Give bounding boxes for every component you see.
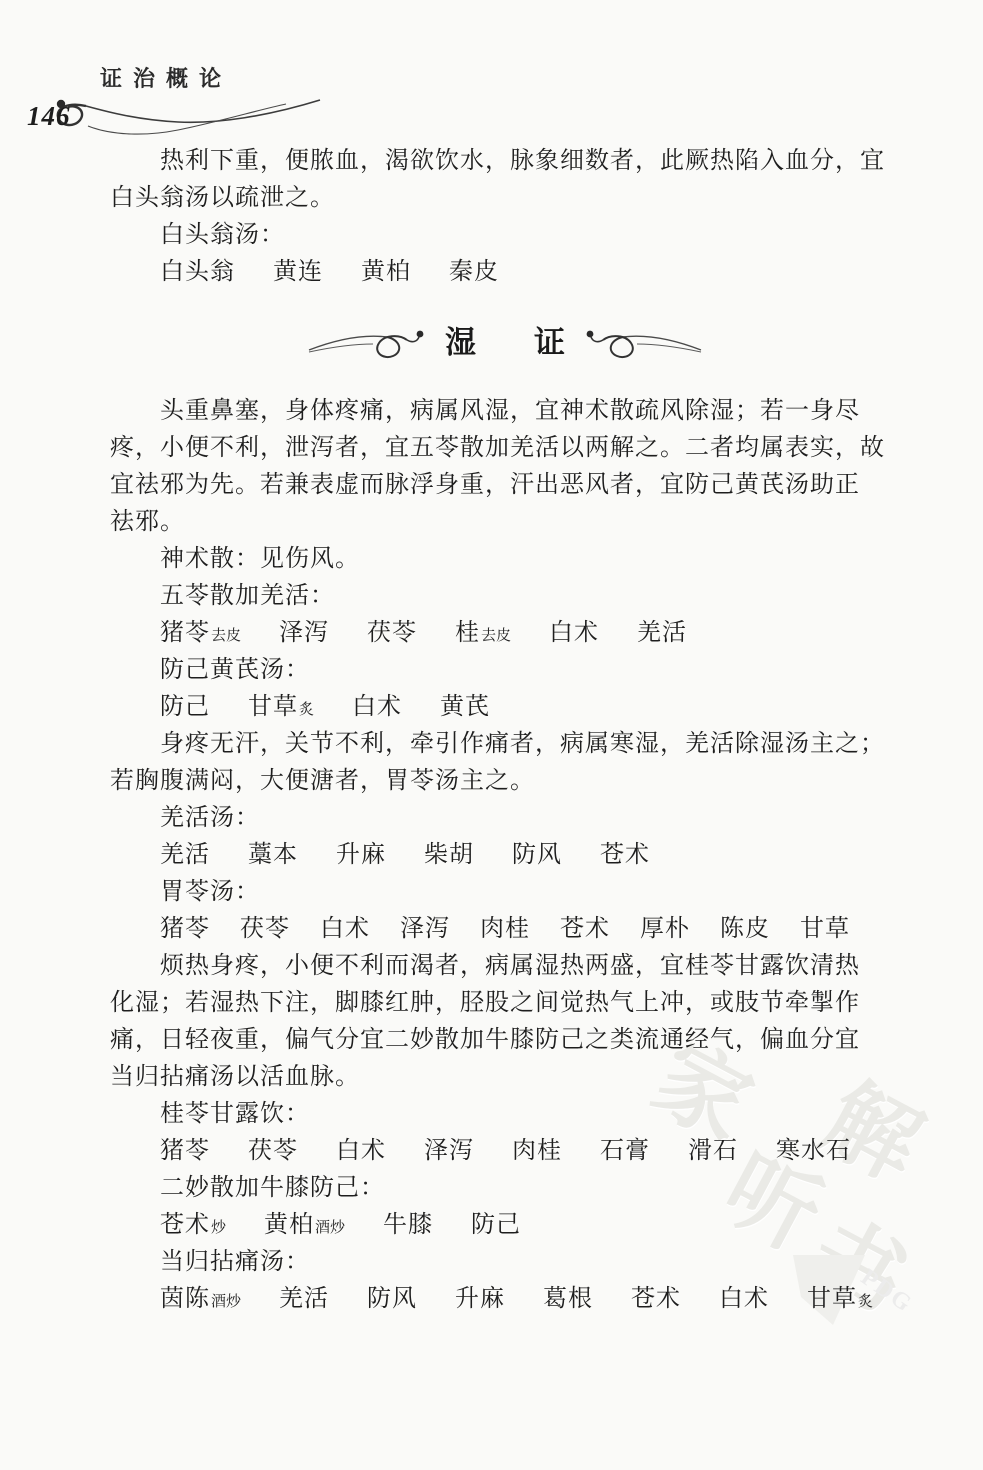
herb-item: 升麻 xyxy=(455,1281,505,1318)
herb-list-guiling-ganlu: 猪苓茯苓白术泽泻肉桂石膏滑石寒水石 xyxy=(110,1133,900,1170)
herb-name: 茯苓 xyxy=(248,1133,298,1170)
herb-name: 防风 xyxy=(512,837,562,874)
herb-name: 白头翁 xyxy=(160,254,235,291)
herb-list-fangji-huangqi: 防己甘草炙白术黄芪 xyxy=(110,689,900,726)
herb-item: 防己 xyxy=(471,1207,521,1244)
herb-item: 防己 xyxy=(160,689,210,726)
herb-name: 黄柏 xyxy=(264,1207,314,1244)
flourish-dot xyxy=(587,331,594,338)
herb-item: 苍术 xyxy=(560,911,610,948)
herb-item: 陈皮 xyxy=(720,911,770,948)
herb-name: 甘草 xyxy=(807,1281,857,1318)
herb-processing-note: 酒炒 xyxy=(314,1210,345,1247)
formula-label: 二妙散加牛膝防己： xyxy=(110,1170,900,1207)
herb-item: 苍术 xyxy=(631,1281,681,1318)
herb-processing-note: 炙 xyxy=(298,692,314,729)
paragraph-line: 身疼无汗，关节不利，牵引作痛者，病属寒湿，羌活除湿汤主之； xyxy=(110,726,900,763)
formula-label: 胃苓汤： xyxy=(110,874,900,911)
section-title-char: 证 xyxy=(534,324,565,361)
paragraph-line: 祛邪。 xyxy=(110,504,900,541)
herb-item: 白头翁 xyxy=(160,254,235,291)
herb-name: 甘草 xyxy=(800,911,850,948)
herb-name: 茯苓 xyxy=(367,615,417,652)
paragraph-line: 热利下重，便脓血，渴欲饮水，脉象细数者，此厥热陷入血分，宜 xyxy=(110,143,900,180)
herb-name: 羌活 xyxy=(637,615,687,652)
paragraph-line: 当归拈痛汤以活血脉。 xyxy=(110,1059,900,1096)
herb-item: 泽泻 xyxy=(400,911,450,948)
herb-name: 甘草 xyxy=(248,689,298,726)
section-title: 湿 证 xyxy=(439,324,571,361)
herb-item: 猪苓去皮 xyxy=(160,615,241,655)
page-number: 146 xyxy=(27,101,71,132)
herb-item: 白术 xyxy=(336,1133,386,1170)
herb-list-qianghuo-tang: 羌活藁本升麻柴胡防风苍术 xyxy=(110,837,900,874)
herb-item: 升麻 xyxy=(336,837,386,874)
herb-name: 苍术 xyxy=(631,1281,681,1318)
herb-name: 黄芪 xyxy=(440,689,490,726)
herb-item: 白术 xyxy=(352,689,402,726)
section-heading-damp-syndrome: 湿 证 xyxy=(110,291,900,393)
herb-name: 泽泻 xyxy=(400,911,450,948)
herb-item: 柴胡 xyxy=(424,837,474,874)
herb-item: 桂去皮 xyxy=(455,615,511,655)
paragraph-line: 烦热身疼，小便不利而渴者，病属湿热两盛，宜桂苓甘露饮清热 xyxy=(110,948,900,985)
herb-list-wuling: 猪苓去皮泽泻茯苓桂去皮白术羌活 xyxy=(110,615,900,652)
herb-name: 猪苓 xyxy=(160,911,210,948)
herb-item: 甘草 xyxy=(800,911,850,948)
herb-processing-note: 炙 xyxy=(857,1284,873,1321)
herb-item: 白术 xyxy=(719,1281,769,1318)
herb-item: 茯苓 xyxy=(240,911,290,948)
herb-name: 白术 xyxy=(352,689,402,726)
herb-name: 葛根 xyxy=(543,1281,593,1318)
herb-item: 羌活 xyxy=(637,615,687,652)
herb-item: 泽泻 xyxy=(279,615,329,652)
herb-processing-note: 去皮 xyxy=(480,618,511,655)
herb-item: 白术 xyxy=(549,615,599,652)
herb-name: 黄柏 xyxy=(361,254,411,291)
formula-label: 当归拈痛汤： xyxy=(110,1244,900,1281)
scanned-book-page: 家 解 听 书 PDG 证治概论 146 热利下重，便脓血，渴欲饮水，脉象细数者… xyxy=(0,0,983,1470)
herb-item: 羌活 xyxy=(160,837,210,874)
header-flourish-icon xyxy=(28,86,328,138)
herb-name: 苍术 xyxy=(600,837,650,874)
paragraph-line: 若胸腹满闷，大便溏者，胃苓汤主之。 xyxy=(110,763,900,800)
herb-name: 防己 xyxy=(471,1207,521,1244)
herb-name: 牛膝 xyxy=(383,1207,433,1244)
herb-name: 泽泻 xyxy=(424,1133,474,1170)
herb-item: 肉桂 xyxy=(480,911,530,948)
page-body: 热利下重，便脓血，渴欲饮水，脉象细数者，此厥热陷入血分，宜 白头翁汤以疏泄之。 … xyxy=(110,143,900,1318)
flourish-dot xyxy=(417,331,424,338)
herb-item: 藁本 xyxy=(248,837,298,874)
paragraph-line: 疼，小便不利，泄泻者，宜五苓散加羌活以两解之。二者均属表实，故 xyxy=(110,430,900,467)
herb-name: 升麻 xyxy=(455,1281,505,1318)
herb-item: 猪苓 xyxy=(160,1133,210,1170)
herb-item: 白术 xyxy=(320,911,370,948)
herb-name: 茵陈 xyxy=(160,1281,210,1318)
herb-name: 石膏 xyxy=(600,1133,650,1170)
formula-label: 羌活汤： xyxy=(110,800,900,837)
herb-processing-note: 炒 xyxy=(210,1210,226,1247)
herb-name: 厚朴 xyxy=(640,911,690,948)
herb-name: 苍术 xyxy=(560,911,610,948)
herb-name: 羌活 xyxy=(279,1281,329,1318)
paragraph-line: 痛，日轻夜重，偏气分宜二妙散加牛膝防己之类流通经气，偏血分宜 xyxy=(110,1022,900,1059)
herb-item: 黄芪 xyxy=(440,689,490,726)
paragraph-line: 宜祛邪为先。若兼表虚而脉浮身重，汗出恶风者，宜防己黄芪汤助正 xyxy=(110,467,900,504)
formula-label: 防己黄芪汤： xyxy=(110,652,900,689)
formula-label: 白头翁汤： xyxy=(110,217,900,254)
herb-list-danggui-niantong: 茵陈酒炒羌活防风升麻葛根苍术白术甘草炙 xyxy=(110,1281,900,1318)
herb-name: 防己 xyxy=(160,689,210,726)
herb-item: 葛根 xyxy=(543,1281,593,1318)
herb-item: 寒水石 xyxy=(776,1133,851,1170)
herb-item: 茯苓 xyxy=(367,615,417,652)
herb-name: 白术 xyxy=(719,1281,769,1318)
herb-item: 秦皮 xyxy=(449,254,499,291)
section-title-char: 湿 xyxy=(445,324,476,361)
herb-name: 升麻 xyxy=(336,837,386,874)
herb-name: 白术 xyxy=(336,1133,386,1170)
herb-item: 防风 xyxy=(367,1281,417,1318)
herb-name: 寒水石 xyxy=(776,1133,851,1170)
herb-item: 茵陈酒炒 xyxy=(160,1281,241,1321)
herb-name: 肉桂 xyxy=(512,1133,562,1170)
herb-item: 黄柏 xyxy=(361,254,411,291)
herb-list-weiling-tang: 猪苓茯苓白术泽泻肉桂苍术厚朴陈皮甘草 xyxy=(110,911,900,948)
herb-name: 茯苓 xyxy=(240,911,290,948)
formula-label: 桂苓甘露饮： xyxy=(110,1096,900,1133)
herb-name: 藁本 xyxy=(248,837,298,874)
herb-item: 苍术 xyxy=(600,837,650,874)
herb-name: 黄连 xyxy=(273,254,323,291)
section-flourish-right-icon xyxy=(585,322,703,362)
formula-label: 五苓散加羌活： xyxy=(110,578,900,615)
herb-processing-note: 酒炒 xyxy=(210,1284,241,1321)
herb-item: 厚朴 xyxy=(640,911,690,948)
herb-item: 甘草炙 xyxy=(807,1281,873,1321)
herb-name: 肉桂 xyxy=(480,911,530,948)
herb-item: 石膏 xyxy=(600,1133,650,1170)
paragraph-line: 白头翁汤以疏泄之。 xyxy=(110,180,900,217)
herb-item: 肉桂 xyxy=(512,1133,562,1170)
herb-item: 黄连 xyxy=(273,254,323,291)
herb-name: 秦皮 xyxy=(449,254,499,291)
herb-name: 泽泻 xyxy=(279,615,329,652)
herb-name: 柴胡 xyxy=(424,837,474,874)
herb-item: 羌活 xyxy=(279,1281,329,1318)
herb-name: 猪苓 xyxy=(160,615,210,652)
formula-label: 神术散：见伤风。 xyxy=(110,541,900,578)
herb-item: 牛膝 xyxy=(383,1207,433,1244)
herb-name: 防风 xyxy=(367,1281,417,1318)
herb-item: 茯苓 xyxy=(248,1133,298,1170)
herb-name: 桂 xyxy=(455,615,480,652)
herb-processing-note: 去皮 xyxy=(210,618,241,655)
herb-item: 黄柏酒炒 xyxy=(264,1207,345,1247)
herb-name: 苍术 xyxy=(160,1207,210,1244)
herb-item: 滑石 xyxy=(688,1133,738,1170)
herb-name: 羌活 xyxy=(160,837,210,874)
herb-item: 苍术炒 xyxy=(160,1207,226,1247)
herb-item: 甘草炙 xyxy=(248,689,314,729)
herb-list-baitouweng: 白头翁黄连黄柏秦皮 xyxy=(110,254,900,291)
herb-item: 泽泻 xyxy=(424,1133,474,1170)
herb-name: 陈皮 xyxy=(720,911,770,948)
herb-name: 猪苓 xyxy=(160,1133,210,1170)
herb-item: 防风 xyxy=(512,837,562,874)
section-flourish-left-icon xyxy=(307,322,425,362)
paragraph-line: 化湿；若湿热下注，脚膝红肿，胫股之间觉热气上冲，或肢节牵掣作 xyxy=(110,985,900,1022)
herb-item: 猪苓 xyxy=(160,911,210,948)
herb-name: 滑石 xyxy=(688,1133,738,1170)
herb-name: 白术 xyxy=(320,911,370,948)
herb-list-ermiao: 苍术炒黄柏酒炒牛膝防己 xyxy=(110,1207,900,1244)
herb-name: 白术 xyxy=(549,615,599,652)
paragraph-line: 头重鼻塞，身体疼痛，病属风湿，宜神术散疏风除湿；若一身尽 xyxy=(110,393,900,430)
